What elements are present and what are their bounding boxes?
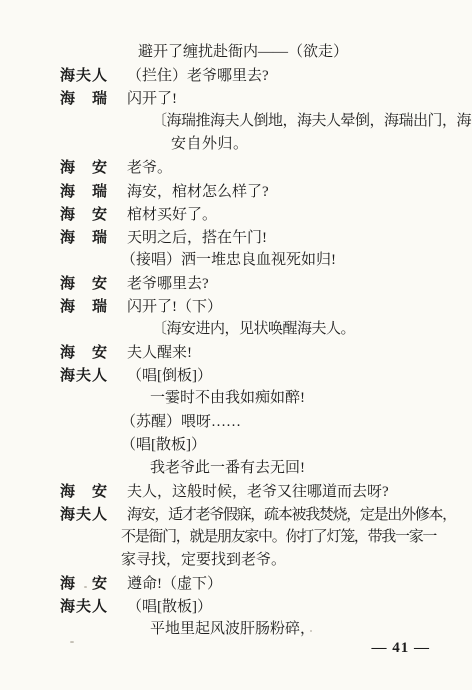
dialogue-text: （拦住）老爷哪里去? xyxy=(127,68,269,84)
dialogue-text: 夫人醒来! xyxy=(127,345,192,361)
dialogue-line: 海 瑞天明之后，搭在午门! xyxy=(0,226,472,249)
dialogue-text: 老爷。 xyxy=(127,160,172,176)
dialogue-line: 海 瑞闪开了!（下） xyxy=(0,295,472,318)
speaker-name: 海 安 xyxy=(60,572,127,595)
verse-line: 避开了缠扰赴衙内——（欲走） xyxy=(0,41,472,64)
dialogue-continuation: （唱[散板]） xyxy=(0,434,472,457)
dialogue-line: 海夫人（拦住）老爷哪里去? xyxy=(0,64,472,87)
speaker-name: 海 瑞 xyxy=(60,226,127,249)
dialogue-line: 海夫人（唱[散板]） xyxy=(0,595,472,618)
dialogue-text: 闪开了! xyxy=(127,91,177,107)
speaker-name: 海夫人 xyxy=(60,364,127,387)
dialogue-line: 海 安老爷。 xyxy=(0,156,472,179)
dialogue-line: 海 安遵命!（虚下） xyxy=(0,572,472,595)
dialogue-text: 闪开了!（下） xyxy=(127,299,222,315)
speaker-name: 海 安 xyxy=(60,203,127,226)
scan-speck xyxy=(310,630,312,632)
dialogue-line: 海夫人海安，适才老爷假寐，疏本被我焚烧，定是出外修本， xyxy=(0,503,472,526)
dialogue-line: 海 瑞闪开了! xyxy=(0,87,472,110)
speaker-name: 海 安 xyxy=(60,156,127,179)
dialogue-text: 老爷哪里去? xyxy=(127,276,209,292)
speaker-name: 海 安 xyxy=(60,341,127,364)
dialogue-line: 海 安夫人，这般时候，老爷又往哪道而去呀? xyxy=(0,480,472,503)
dialogue-continuation: （苏醒）喂呀…… xyxy=(0,411,472,434)
dialogue-text: 海安，棺材怎么样了? xyxy=(127,184,269,200)
speaker-name: 海 瑞 xyxy=(60,295,127,318)
verse-line: 平地里起风波肝肠粉碎， xyxy=(0,618,472,641)
dialogue-text: （唱[散板]） xyxy=(127,599,212,615)
script-page: 避开了缠扰赴衙内——（欲走） 海夫人（拦住）老爷哪里去? 海 瑞闪开了! 〔海瑞… xyxy=(0,0,472,690)
dialogue-text: 遵命!（虚下） xyxy=(127,576,222,592)
dialogue-text: （唱[倒板]） xyxy=(127,368,212,384)
dialogue-line: 海 安棺材买好了。 xyxy=(0,203,472,226)
dialogue-text: 棺材买好了。 xyxy=(127,207,217,223)
dialogue-line: 海 安夫人醒来! xyxy=(0,341,472,364)
stage-direction: 〔海安进内，见状唤醒海夫人。 xyxy=(0,318,472,341)
speaker-name: 海夫人 xyxy=(60,64,127,87)
speaker-name: 海夫人 xyxy=(60,503,127,526)
verse-line: 我老爷此一番有去无回! xyxy=(0,457,472,480)
dialogue-text: 夫人，这般时候，老爷又往哪道而去呀? xyxy=(127,484,389,500)
speaker-name: 海 瑞 xyxy=(60,87,127,110)
stage-direction-continuation: 安自外归。 xyxy=(0,133,472,156)
verse-line: 一霎时不由我如痴如醉! xyxy=(0,387,472,410)
dialogue-continuation: 家寻找，定要找到老爷。 xyxy=(0,549,472,572)
dialogue-text: 天明之后，搭在午门! xyxy=(127,230,267,246)
dialogue-text: 海安，适才老爷假寐，疏本被我焚烧，定是出外修本， xyxy=(127,507,456,523)
dialogue-continuation: （接唱）洒一堆忠良血视死如归! xyxy=(0,249,472,272)
dialogue-continuation: 不是衙门，就是朋友家中。你打了灯笼，带我一家一 xyxy=(0,526,472,549)
scan-speck xyxy=(84,586,87,588)
dialogue-line: 海夫人（唱[倒板]） xyxy=(0,364,472,387)
dialogue-line: 海 瑞海安，棺材怎么样了? xyxy=(0,180,472,203)
speaker-name: 海 安 xyxy=(60,272,127,295)
speaker-name: 海夫人 xyxy=(60,595,127,618)
page-number: — 41 — xyxy=(372,640,431,657)
speaker-name: 海 安 xyxy=(60,480,127,503)
stage-direction: 〔海瑞推海夫人倒地，海夫人晕倒，海瑞出门，海 xyxy=(0,110,472,133)
scan-speck xyxy=(70,641,74,643)
dialogue-line: 海 安老爷哪里去? xyxy=(0,272,472,295)
speaker-name: 海 瑞 xyxy=(60,180,127,203)
